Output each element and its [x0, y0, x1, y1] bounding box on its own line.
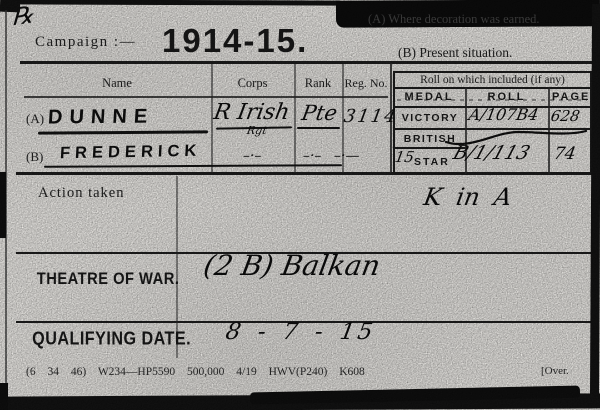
star-roll-value: B/1/113	[450, 142, 532, 164]
over-note: [Over.	[541, 365, 569, 377]
decoration-earned-note: (A) Where decoration was earned.	[368, 12, 540, 27]
campaign-value: 1914-15.	[162, 22, 308, 60]
name-row-b-value: FREDERICK	[59, 142, 201, 163]
col-header-corps: Corps	[211, 76, 294, 91]
corps-ditto-mark: –·–	[242, 148, 263, 164]
qualifying-date-value: 8 - 7 - 15	[224, 319, 378, 345]
action-taken-value: K in A	[422, 183, 515, 211]
col-header-reg-no: Reg. No.	[340, 76, 392, 91]
corps-sub-value: Rgt	[246, 124, 268, 137]
roll-col-roll: ROLL	[465, 91, 548, 103]
theatre-of-war-value: (2 B) Balkan	[201, 249, 383, 282]
corps-value: R Irish	[212, 100, 292, 125]
scan-edge-top-left	[0, 0, 20, 12]
roll-col-page: PAGE	[552, 91, 590, 103]
name-row-a-value: DUNNE	[47, 106, 155, 130]
reg-ditto-mark: –·—	[333, 148, 361, 164]
printer-imprint: (6 34 46) W234—HP5590 500,000 4/19 HWV(P…	[26, 366, 365, 378]
roll-col-medal: MEDAL	[393, 91, 465, 103]
row-a-prefix: (A)	[26, 111, 44, 127]
medal-star-prefix: 15	[393, 148, 415, 166]
victory-page-value: 628	[549, 107, 581, 125]
rank-underline	[297, 127, 340, 129]
roll-title-rule	[393, 87, 592, 89]
qualifying-date-label: QUALIFYING DATE.	[32, 328, 191, 350]
reg-no-value: 3114	[342, 106, 400, 127]
theatre-of-war-label: THEATRE OF WAR.	[37, 271, 180, 290]
medal-star-label: STAR	[414, 156, 450, 168]
col-header-rank: Rank	[294, 76, 342, 91]
roll-table-title: Roll on which included (if any)	[393, 74, 592, 86]
campaign-underline	[20, 61, 593, 64]
row-b-prefix: (B)	[26, 149, 43, 165]
victory-roll-value: A/107B4	[467, 105, 540, 124]
campaign-label: Campaign :—	[35, 34, 136, 51]
scan-edge-left-bottom-blob	[0, 383, 8, 410]
medal-index-card: ℞ Campaign :— 1914-15. (B) Present situa…	[0, 0, 600, 410]
scan-edge-left-blob	[0, 172, 6, 238]
rank-value: Pte	[300, 101, 339, 125]
table-header-underline	[24, 96, 388, 98]
present-situation-note: (B) Present situation.	[398, 45, 512, 61]
action-taken-label: Action taken	[38, 185, 125, 202]
col-header-name: Name	[22, 76, 212, 91]
scan-edge-right	[590, 4, 600, 400]
star-page-value: 74	[552, 144, 577, 164]
medal-victory-label: VICTORY	[395, 112, 465, 124]
rank-ditto-mark: –·–	[302, 148, 323, 164]
